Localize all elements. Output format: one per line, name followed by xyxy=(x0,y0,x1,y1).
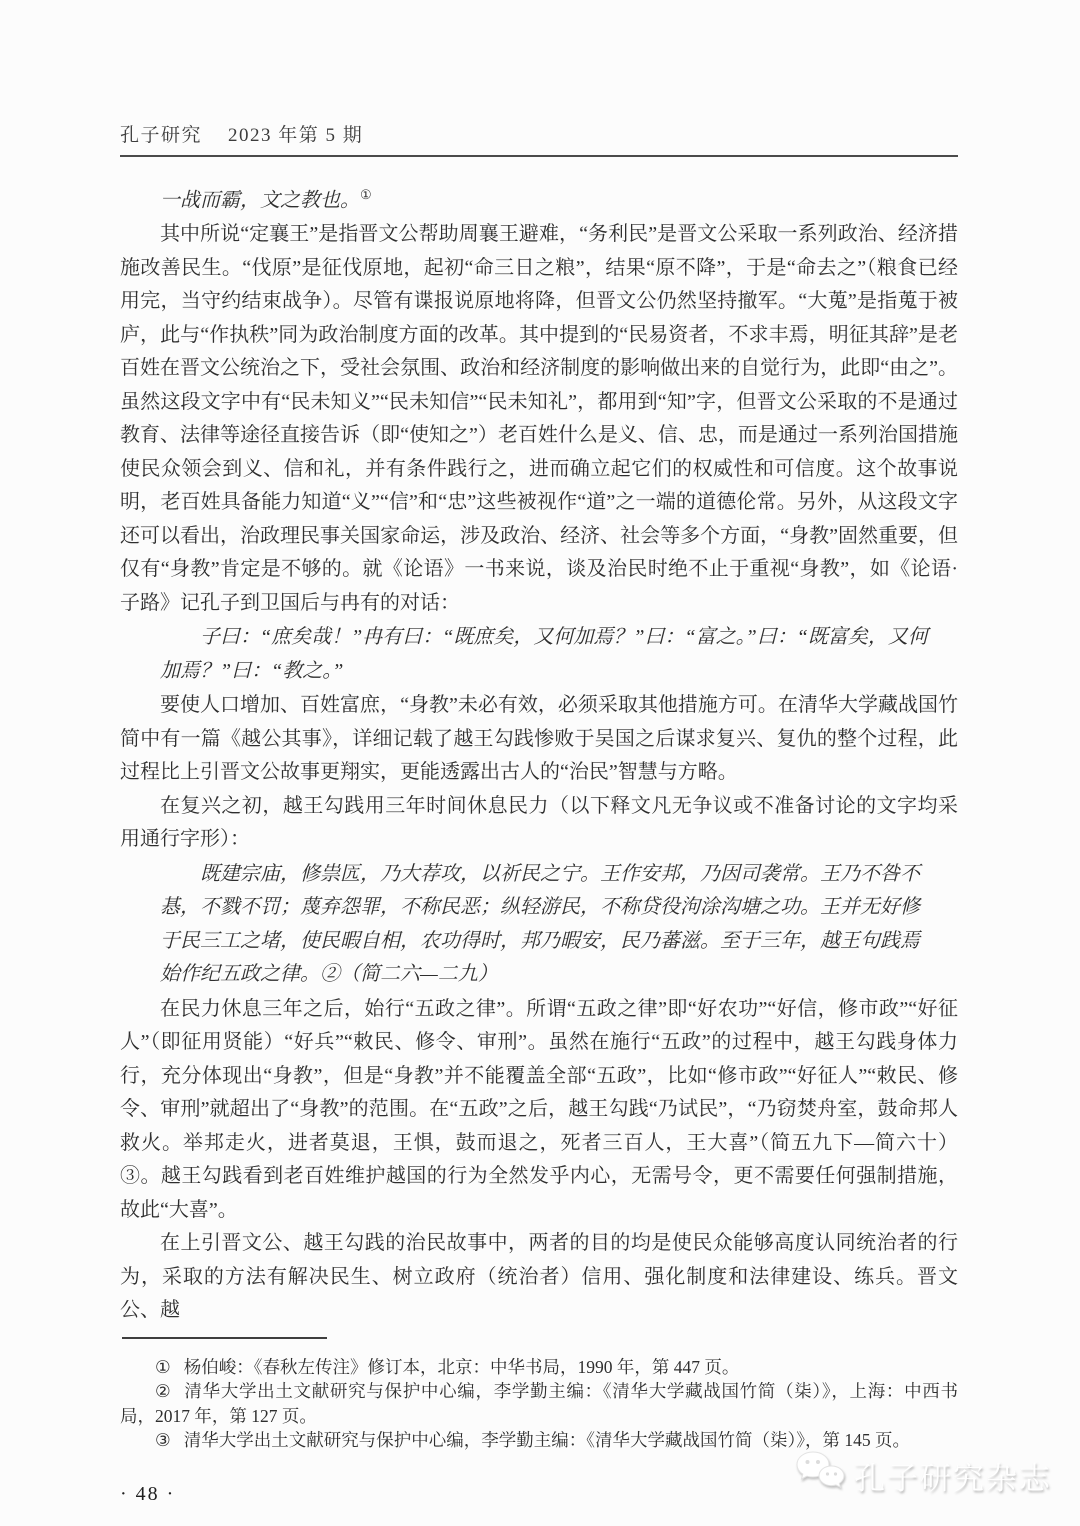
epigraph-text: 一战而霸，文之教也。 xyxy=(160,190,360,212)
paragraph-wuzheng: 在民力休息三年之后，始行“五政之律”。所谓“五政之律”即“好农功”“好信，修市政… xyxy=(120,993,958,1228)
paragraph-summary: 在上引晋文公、越王勾践的治民故事中，两者的目的均是使民众能够高度认同统治者的行为… xyxy=(120,1227,958,1328)
quote-line: 于民三工之堵，使民暇自相，农功得时，邦乃暇安，民乃蕃滋。至于三年，越王句践焉 xyxy=(160,925,946,959)
running-head: 孔子研究2023 年第 5 期 xyxy=(120,124,958,148)
quote-line: 子曰：“庶矣哉！”冉有曰：“既庶矣，又何加焉？”曰：“富之。”曰：“既富矣，又何 xyxy=(160,621,946,655)
paragraph-shenjiao: 要使人口增加、百姓富庶，“身教”未必有效，必须采取其他措施方可。在清华大学藏战国… xyxy=(120,689,958,790)
footnote-1: ①杨伯峻：《春秋左传注》修订本，北京：中华书局，1990 年，第 447 页。 xyxy=(120,1355,958,1380)
paragraph-jin-wen-gong: 其中所说“定襄王”是指晋文公帮助周襄王避难，“务利民”是晋文公采取一系列政治、经… xyxy=(120,218,958,620)
issue-info: 2023 年第 5 期 xyxy=(228,125,363,146)
footnote-separator xyxy=(122,1337,327,1339)
footnote-3: ③清华大学出土文献研究与保护中心编，李学勤主编：《清华大学藏战国竹简（柒）》，第… xyxy=(120,1428,958,1453)
footnote-ref-1: ① xyxy=(360,187,372,202)
quote-line: 始作纪五政之律。②（简二六—二九） xyxy=(160,958,946,992)
quote-line: 加焉？”曰：“教之。” xyxy=(160,655,946,689)
paragraph-fuxing-intro: 在复兴之初，越王勾践用三年时间休息民力（以下释文凡无争议或不准备讨论的文字均采用… xyxy=(120,790,958,857)
footnote-text: 清华大学出土文献研究与保护中心编，李学勤主编：《清华大学藏战国竹简（柒）》，第 … xyxy=(184,1430,910,1450)
epigraph-quote: 一战而霸，文之教也。① xyxy=(120,178,958,218)
header-rule xyxy=(120,155,958,157)
journal-page: 孔子研究2023 年第 5 期 一战而霸，文之教也。① 其中所说“定襄王”是指晋… xyxy=(0,0,1080,1526)
wechat-icon xyxy=(795,1450,845,1500)
quote-line: 既建宗庙，修祟匟，乃大荐攻，以祈民之宁。王作安邦，乃因司袭常。王乃不咎不 xyxy=(160,858,946,892)
watermark: 孔子研究杂志 xyxy=(795,1450,1052,1500)
footnote-2: ②清华大学出土文献研究与保护中心编，李学勤主编：《清华大学藏战国竹简（柒）》，上… xyxy=(120,1379,958,1428)
footnote-marker: ③ xyxy=(155,1430,171,1450)
article-body: 一战而霸，文之教也。① 其中所说“定襄王”是指晋文公帮助周襄王避难，“务利民”是… xyxy=(120,178,958,1328)
footnote-marker: ① xyxy=(155,1357,171,1377)
journal-title: 孔子研究 xyxy=(120,125,202,146)
bamboo-slip-quote: 既建宗庙，修祟匟，乃大荐攻，以祈民之宁。王作安邦，乃因司袭常。王乃不咎不 惎，不… xyxy=(120,858,958,992)
footnote-text: 杨伯峻：《春秋左传注》修订本，北京：中华书局，1990 年，第 447 页。 xyxy=(184,1357,740,1377)
footnote-text: 清华大学出土文献研究与保护中心编，李学勤主编：《清华大学藏战国竹简（柒）》，上海… xyxy=(120,1381,958,1426)
quote-line: 惎，不戮不罚；蔑弃怨罪，不称民恶；纵轻游民，不称贷役泃涂沟塘之功。王并无好修 xyxy=(160,891,946,925)
watermark-label: 孔子研究杂志 xyxy=(854,1453,1052,1498)
footnote-marker: ② xyxy=(155,1381,171,1401)
analects-dialogue-quote: 子曰：“庶矣哉！”冉有曰：“既庶矣，又何加焉？”曰：“富之。”曰：“既富矣，又何… xyxy=(120,621,958,688)
page-header: 孔子研究2023 年第 5 期 xyxy=(120,0,958,157)
